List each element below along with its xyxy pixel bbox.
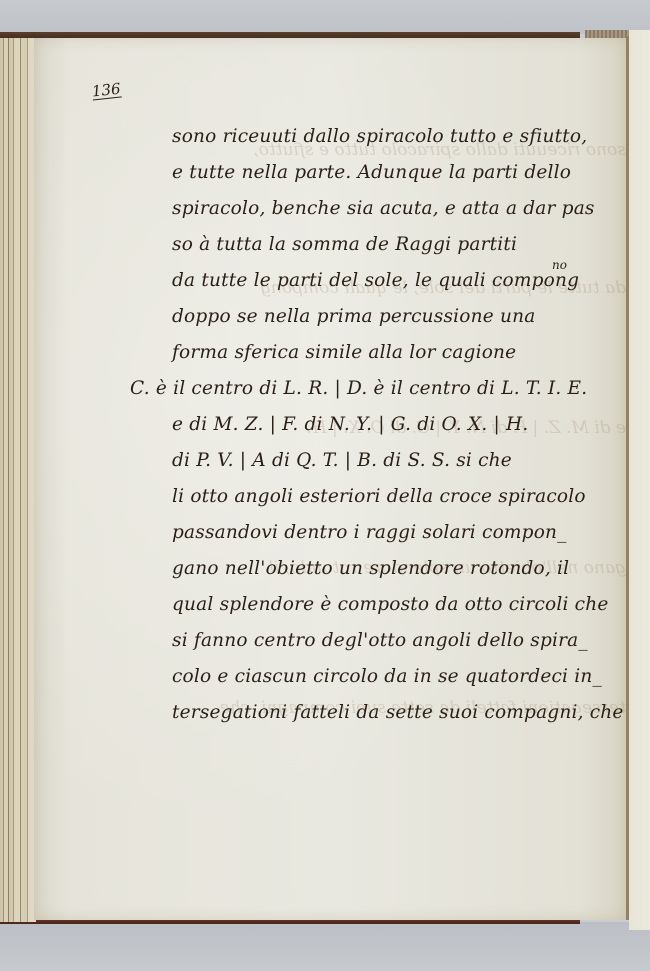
text-line: C. è il centro di L. R. | D. è il centro… [130, 378, 587, 399]
text-line: qual splendore è composto da otto circol… [172, 594, 609, 615]
superscript-insertion: no [552, 258, 567, 272]
text-line: e di M. Z. | F. di N. Y. | G. di O. X. |… [172, 414, 528, 435]
text-line: gano nell'obietto un splendore rotondo, … [172, 558, 569, 579]
text-line: so à tutta la somma de Raggi partiti [172, 234, 517, 255]
text-line: forma sferica simile alla lor cagione [172, 342, 516, 363]
backdrop-bottom [0, 922, 650, 971]
text-line: li otto angoli esteriori della croce spi… [172, 486, 586, 507]
text-line: spiracolo, benche sia acuta, e atta a da… [172, 198, 595, 219]
text-line: tersegationi fatteli da sette suoi compa… [172, 702, 624, 723]
text-line: da tutte le parti del sole, le quali com… [172, 270, 579, 291]
page-stack-edge [0, 38, 36, 922]
backdrop-top [0, 0, 650, 34]
text-line: sono riceuuti dallo spiracolo tutto e sf… [172, 126, 587, 147]
text-line: passandovi dentro i raggi solari compon_ [172, 522, 567, 543]
facing-page [629, 30, 650, 930]
text-line: e tutte nella parte. Adunque la parti de… [172, 162, 571, 183]
page-gutter [626, 36, 629, 920]
text-line: doppo se nella prima percussione una [172, 306, 535, 327]
text-line: di P. V. | A di Q. T. | B. di S. S. si c… [172, 450, 512, 471]
manuscript-text: sono riceuuti dallo spiracolo tutto e sf… [34, 38, 626, 920]
text-line: colo e ciascun circolo da in se quatorde… [172, 666, 602, 687]
text-line: si fanno centro degl'otto angoli dello s… [172, 630, 588, 651]
manuscript-page: 136 sono riceuuti dallo spiracolo tutto … [34, 38, 626, 920]
